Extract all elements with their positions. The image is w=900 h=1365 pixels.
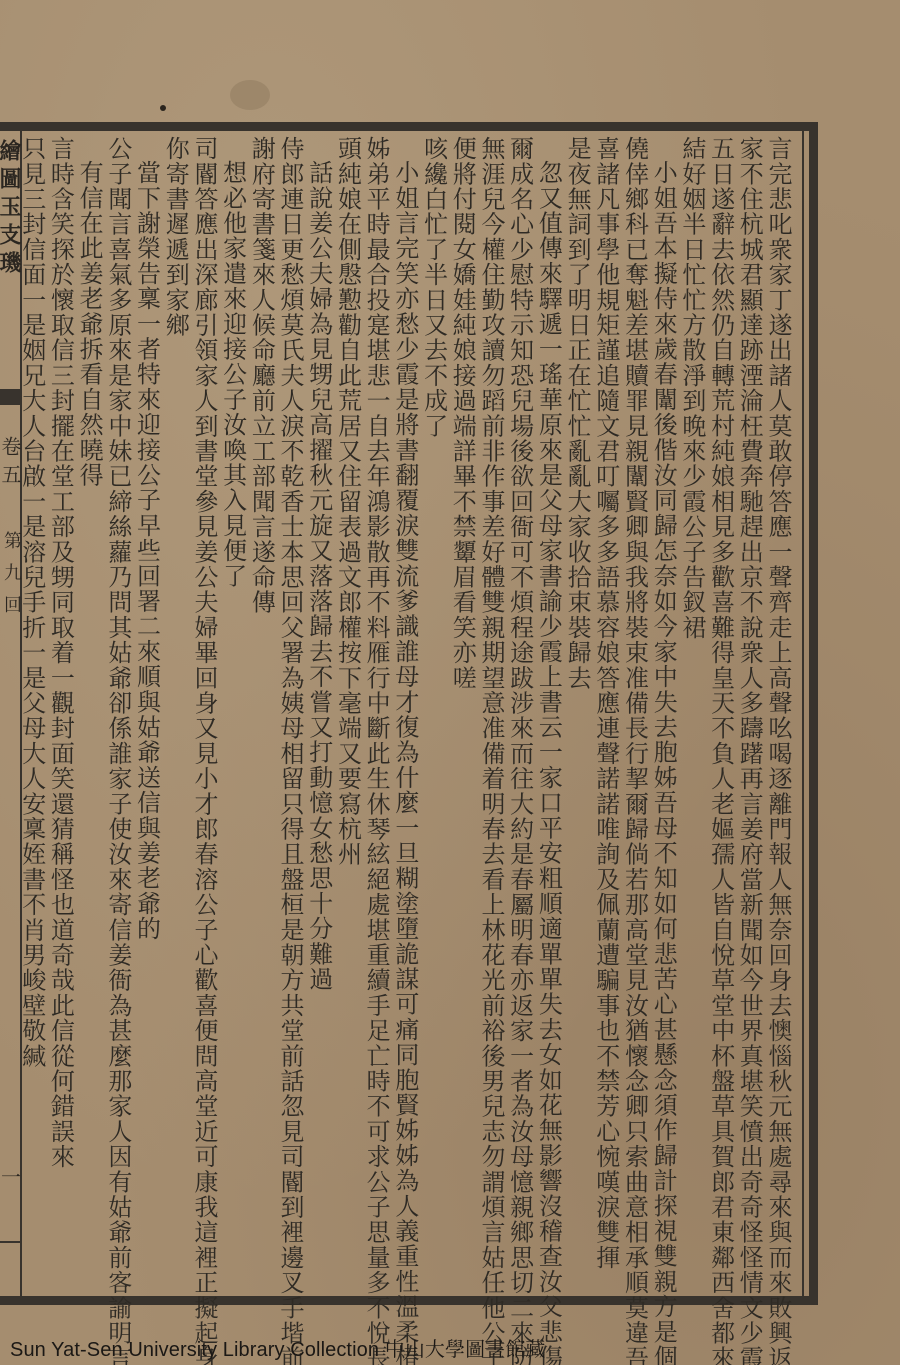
text-column: 結好姻半日忙忙方散淨到晚來少霞公子告釵裙 xyxy=(677,136,706,1286)
text-column: 當下謝榮告稟一者特來迎接公子早些回署二來順與姑爺送信與姜老爺的 xyxy=(132,136,161,1286)
right-border-outer-rule xyxy=(809,122,818,1305)
text-column: 言完悲叱衆家丁遂出諸人莫敢停答應一聲齊走上高聲吆喝逐離門報人無奈回身去懊惱秋元無… xyxy=(763,136,792,1286)
text-column: 僥倖鄉科已奪魁差堪贖罪見親闈賢卿與我將裝束准備長行挈爾歸倘若那高堂見汝猶懷念卿只… xyxy=(620,136,649,1286)
text-column: 姊弟平時最合投寔堪悲一自去年鴻影散再不料雁行中斷此生休琴絃絕處堪重續手足亡時不可… xyxy=(361,136,390,1286)
text-column: 咳纔白忙了半日又去不成了 xyxy=(419,136,448,1286)
text-column: 小姐言完笑亦愁少霞是將書翻覆淚雙流爹識誰母才復為什麼一旦糊塗墮詭謀可痛同胞賢姊姊… xyxy=(390,136,419,1286)
text-column: 話說姜公夫婦為見甥兒高擢秋元旋又落落歸去不嘗又打動憶女愁思十分難過 xyxy=(304,136,333,1286)
paper-stain xyxy=(230,80,270,110)
text-column: 只見三封信面一是姻兄大人台啟一是溶兒手折一是父母大人安稟姪書不肖男峻壁敬緘 xyxy=(17,136,46,1286)
text-column: 司閽答應出深廊引領家人到書堂參見姜公夫婦畢回身又見小才郎春溶公子心歡喜便問高堂近… xyxy=(189,136,218,1286)
text-column: 爾成名心少慰特示知恐兒場後欲回衙可不煩程途跋涉來而往大約是春屬明春亦返家一者為汝… xyxy=(505,136,534,1286)
paper-stain xyxy=(160,105,166,111)
text-column: 忽又值傳來驛遞一瑤華原來是父母家書諭少霞上書云一家口平安粗順適單單失去女如花無影… xyxy=(534,136,563,1286)
text-column: 喜諸凡事學他規矩謹追隨文君叮囑多多語慕容娘答應連聲諾諾唯詢及佩蘭遭騙事也不禁芳心… xyxy=(591,136,620,1286)
text-column: 言時含笑探於懷取信三封擺在堂工部及甥同取着一觀封面笑還猜稱怪也道奇哉此信從何錯誤… xyxy=(46,136,75,1286)
text-column: 小姐吾本擬侍來歲春闈後偕汝同歸怎奈如今家中失去胞姊吾母不知如何悲苦心甚懸念須作歸… xyxy=(648,136,677,1286)
text-column: 無涯兒今權住勤攻讀勿蹈前非作事差好體雙親期望意准備着明春去看上林花光前裕後男兒志… xyxy=(476,136,505,1286)
text-column: 頭純娘在側慇懃勸自此荒居又住留表過文郎權按下毫端又要寫杭州 xyxy=(333,136,362,1286)
text-column: 五日遂辭去依然仍自轉荒村純娘相見多歡喜難得皇天不負人老嫗孺人皆自悅草堂中杯盤草具… xyxy=(706,136,735,1286)
text-column: 有信在此姜老爺拆看自然曉得 xyxy=(74,136,103,1286)
printed-page-frame: 繪圖玉支璣 卷五 第九回 一 言完悲叱衆家丁遂出諸人莫敢停答應一聲齊走上高聲吆喝… xyxy=(0,122,818,1305)
text-column: 便將付閱女嬌娃純娘接過端詳畢不禁顰眉看笑亦嗟 xyxy=(448,136,477,1286)
text-column: 是夜無詞到了明日正在忙忙亂亂大家收拾束裝歸去 xyxy=(562,136,591,1286)
vertical-text-body: 言完悲叱衆家丁遂出諸人莫敢停答應一聲齊走上高聲吆喝逐離門報人無奈回身去懊惱秋元無… xyxy=(26,136,792,1286)
text-column: 想必他家遣來迎接公子汝喚其入見便了 xyxy=(218,136,247,1286)
right-border-inner-rule xyxy=(802,131,804,1296)
text-column: 你寄書遲遞到家鄉 xyxy=(161,136,190,1286)
text-column: 家不住杭城君顯達跡湮淪枉費奔馳趕出京不說衆人多躊躇再言姜府當新聞如今世界真堪笑憤… xyxy=(735,136,764,1286)
library-collection-caption: Sun Yat-Sen University Library Collectio… xyxy=(10,1333,546,1362)
text-column: 侍郎連日更愁煩莫氏夫人淚不乾香士本思回父署為姨母相留只得且盤桓是朝方共堂前話忽見… xyxy=(275,136,304,1286)
top-border-rule xyxy=(0,122,818,131)
text-column: 謝府寄書箋來人候命廳前立工部聞言遂命傳 xyxy=(247,136,276,1286)
text-column: 公子聞言喜氣多原來是家中妹已締絲蘿乃問其姑爺卻係誰家子使汝來寄信姜衙為甚麼那家人… xyxy=(103,136,132,1286)
